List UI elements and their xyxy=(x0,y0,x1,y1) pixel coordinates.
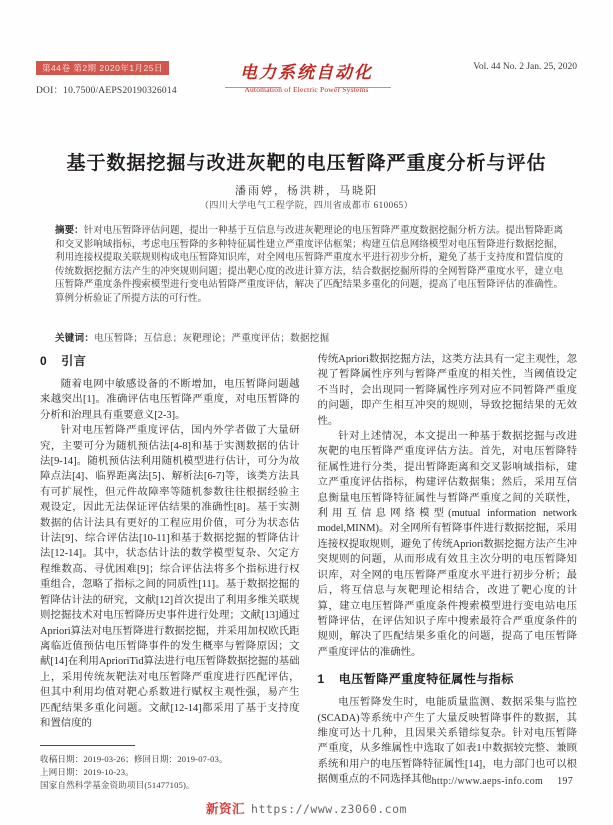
article-title: 基于数据挖掘与改进灰靶的电压暂降严重度分析与评估 xyxy=(40,148,573,175)
abstract-block: 摘要：针对电压暂降评估问题，提出一种基于互信息与改进灰靶理论的电压暂降严重度数据… xyxy=(55,224,563,307)
section-1-number: 1 xyxy=(318,672,325,686)
left-column: 0引言 随着电网中敏感设备的不断增加，电压暂降问题越来越突出[1]。准确评估电压… xyxy=(40,352,309,775)
keywords-text: 电压暂降；互信息；灰靶理论；严重度评估；数据挖掘 xyxy=(94,334,329,344)
intro-paragraph-2: 针对电压暂降严重度评估，国内外学者做了大量研究，主要可分为随机预估法[4-8]和… xyxy=(40,423,300,731)
watermark-site-name: 新资汇 xyxy=(206,802,245,816)
intro-paragraph-1: 随着电网中敏感设备的不断增加，电压暂降问题越来越突出[1]。准确评估电压暂降严重… xyxy=(40,377,300,423)
abstract-text: 针对电压暂降评估问题，提出一种基于互信息与改进灰靶理论的电压暂降严重度数据挖掘分… xyxy=(55,226,563,304)
watermark-url: https://www.z3060.com xyxy=(251,802,407,816)
footnote-received-date: 收稿日期：2019-03-26；修回日期：2019-07-03。 xyxy=(40,753,300,766)
footnote-divider xyxy=(40,745,135,746)
journal-name-en: Automation of Electric Power Systems xyxy=(36,85,577,94)
article-body: 0引言 随着电网中敏感设备的不断增加，电压暂降问题越来越突出[1]。准确评估电压… xyxy=(40,352,577,775)
page-number: 197 xyxy=(557,776,573,787)
right-paragraph-1: 传统Apriori数据挖掘方法，这类方法具有一定主观性，忽视了暂降属性序列与暂降… xyxy=(318,352,578,429)
header-rule-right xyxy=(335,87,391,88)
section-1-heading: 1电压暂降严重度特征属性与指标 xyxy=(318,670,578,687)
keywords-block: 关键词：电压暂降；互信息；灰靶理论；严重度评估；数据挖掘 xyxy=(55,330,563,344)
volume-info: Vol. 44 No. 2 Jan. 25, 2020 xyxy=(473,62,577,72)
section-1-title: 电压暂降严重度特征属性与指标 xyxy=(339,672,514,686)
keywords-label: 关键词： xyxy=(55,333,94,344)
footnote-online-date: 上网日期：2019-10-23。 xyxy=(40,766,300,779)
authors-line: 潘雨婷，杨洪耕，马晓阳 xyxy=(40,182,573,198)
right-paragraph-2: 针对上述情况，本文提出一种基于数据挖掘与改进灰靶的电压暂降严重度评估方法。首先，… xyxy=(318,429,578,660)
section-1-paragraph: 电压暂降发生时，电能质量监测、数据采集与监控(SCADA)等系统中产生了大量反映… xyxy=(318,695,578,787)
watermark: 新资汇https://www.z3060.com xyxy=(0,799,613,817)
journal-header: 第44卷 第2期 2020年1月25日 DOI：10.7500/AEPS2019… xyxy=(36,58,577,104)
page-footer: http://www.aeps-info.com197 xyxy=(432,776,573,787)
header-rule-left xyxy=(225,87,281,88)
footer-site-url: http://www.aeps-info.com xyxy=(432,776,544,787)
section-0-heading: 0引言 xyxy=(40,352,300,369)
footnote-fund: 国家自然科学基金资助项目(51477105)。 xyxy=(40,779,300,792)
journal-page: 第44卷 第2期 2020年1月25日 DOI：10.7500/AEPS2019… xyxy=(0,0,613,825)
abstract-label: 摘要： xyxy=(55,225,84,236)
right-column: 传统Apriori数据挖掘方法，这类方法具有一定主观性，忽视了暂降属性序列与暂降… xyxy=(309,352,578,775)
section-0-number: 0 xyxy=(40,354,47,368)
affiliation-line: （四川大学电气工程学院，四川省成都市 610065） xyxy=(40,198,573,211)
section-0-title: 引言 xyxy=(61,354,86,368)
footnote-block: 收稿日期：2019-03-26；修回日期：2019-07-03。 上网日期：20… xyxy=(40,745,300,792)
